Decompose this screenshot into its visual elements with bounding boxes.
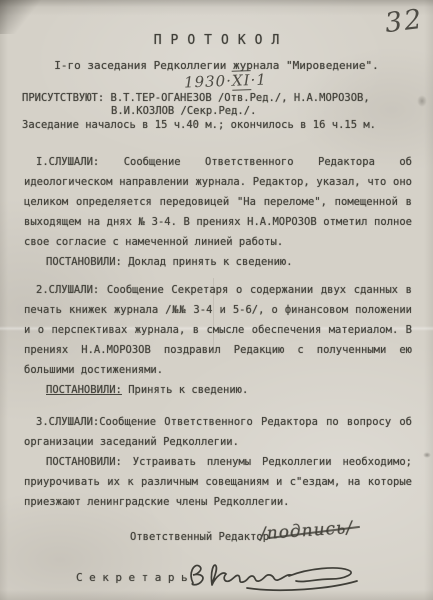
- heard-text: Сообщение Ответственного Редактора об ид…: [24, 156, 412, 248]
- heard-text: Сообщение Секретаря о содержании двух сд…: [24, 284, 412, 376]
- resolved-label: ПОСТАНОВИЛИ:: [46, 456, 122, 468]
- protocol-body: I.СЛУШАЛИ: Сообщение Ответственного Реда…: [24, 152, 412, 512]
- attendees-label: ПРИСУТСТВУЮТ:: [22, 92, 104, 104]
- heard-label: 3.СЛУШАЛИ:: [36, 416, 99, 428]
- protocol-title: ПРОТОКОЛ: [0, 33, 433, 48]
- heard-label: 2.СЛУШАЛИ:: [36, 284, 99, 296]
- editor-signature-line: Ответственный Редактор/подпись/: [130, 531, 269, 543]
- resolved-paragraph: ПОСТАНОВИЛИ: Доклад принять к сведению.: [24, 252, 412, 272]
- attendees-block: ПРИСУТСТВУЮТ: В.Т.ТЕР-ОГАНЕЗОВ /Отв.Ред.…: [22, 92, 417, 118]
- heard-paragraph: I.СЛУШАЛИ: Сообщение Ответственного Реда…: [24, 152, 412, 252]
- agenda-item-1: I.СЛУШАЛИ: Сообщение Ответственного Реда…: [24, 152, 412, 272]
- protocol-subtitle: I-го заседания Редколлегии журнала "Миро…: [0, 59, 433, 72]
- heard-paragraph: 3.СЛУШАЛИ:Сообщение Ответственного Редак…: [24, 412, 412, 452]
- attendees-line1: В.Т.ТЕР-ОГАНЕЗОВ /Отв.Ред./, Н.А.МОРОЗОВ…: [111, 92, 370, 104]
- heard-label: I.СЛУШАЛИ:: [36, 156, 99, 168]
- editor-role-label: Ответственный Редактор: [130, 531, 269, 543]
- secretary-signature-scrawl: [185, 555, 365, 595]
- resolved-paragraph: ПОСТАНОВИЛИ: Устраивать пленумы Редколле…: [24, 452, 412, 512]
- session-time-line: Заседание началось в 15 ч.40 м.; окончил…: [22, 119, 422, 131]
- resolved-label: ПОСТАНОВИЛИ:: [46, 384, 122, 396]
- secretary-role-label: Секретарь: [76, 571, 194, 584]
- page-corner-shadow: [0, 0, 46, 34]
- date-year: 1930·: [184, 72, 233, 92]
- resolved-text: Принять к сведению.: [128, 384, 248, 396]
- resolved-paragraph: ПОСТАНОВИЛИ: Принять к сведению.: [24, 380, 412, 400]
- date-day: ·1: [250, 71, 267, 90]
- resolved-text: Доклад принять к сведению.: [128, 256, 292, 268]
- agenda-item-3: 3.СЛУШАЛИ:Сообщение Ответственного Редак…: [24, 412, 412, 512]
- ink-blotch: [417, 95, 427, 107]
- attendees-line2: В.И.КОЗЛОВ /Секр.Ред./.: [111, 105, 256, 118]
- ink-blotch: [423, 452, 431, 458]
- agenda-item-2: 2.СЛУШАЛИ: Сообщение Секретаря о содержа…: [24, 280, 412, 400]
- handwritten-date: 1930·XI·1: [184, 71, 267, 92]
- date-month-roman: XI: [232, 70, 251, 91]
- editor-signature-handwritten: /подпись/: [259, 518, 353, 544]
- heard-paragraph: 2.СЛУШАЛИ: Сообщение Секретаря о содержа…: [24, 280, 412, 380]
- resolved-label: ПОСТАНОВИЛИ:: [46, 256, 122, 268]
- scanned-protocol-page: 32 ПРОТОКОЛ I-го заседания Редколлегии ж…: [0, 0, 433, 600]
